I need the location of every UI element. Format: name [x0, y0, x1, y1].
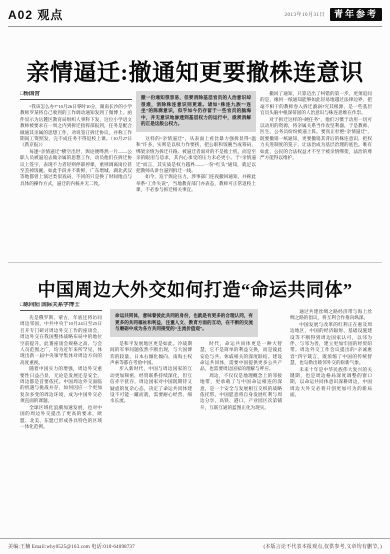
page-header: A02 观点 2013年10月31日 青年参考 — [8, 6, 382, 27]
article2-body: □陈向阳 国际关系学博士 先是俄罗斯、蒙古，年底还将访问周边邻国，中共中央于10… — [20, 302, 372, 524]
article2-col2-text: 是和平发展地区更是如此。冷战期间的军事问题依然不断出现，与大国博弈的较量、日本右… — [110, 341, 192, 411]
article2-col3-text: 时代，命运共同体更是一种大智慧，它不是简单的利益交换，而是彼此安危与共、休戚相关… — [200, 341, 282, 411]
article2-column-1: □陈向阳 国际关系学博士 先是俄罗斯、蒙古，年底还将访问周边邻国，中共中央于10… — [20, 302, 102, 524]
article1-col1-text: “我该怎么办?”10月26日零时10分，湖南长沙的小学教师罗某将自己收到的工作调… — [20, 104, 132, 187]
article2-middle-columns: 命运共同体，意味着彼此共同的身份，也就是有更多的合理认同，有更多的共同福祉和利益… — [110, 302, 282, 524]
page-number: A02 — [8, 8, 33, 22]
article2-pull-quote: 命运共同体，意味着彼此共同的身份，也就是有更多的合理认同，有更多的共同福祉和利益… — [110, 309, 258, 337]
issue-date: 2013年10月31日 — [284, 11, 325, 18]
article2-headline: 中国周边大外交如何打造“命运共同体” — [0, 276, 390, 302]
section-name: 观点 — [37, 8, 63, 22]
footer-disclaimer: (本版言论不代表本报观点,仅供参考,文章均有删节。) — [263, 543, 382, 550]
byline-rule — [20, 310, 102, 311]
article1-body: □杨国营 “我该怎么办?”10月26日零时10分，湖南长沙的小学教师罗某将自己收… — [20, 91, 372, 249]
article1-column-3: 撤回了通知，只算迈出了纠错的第一步。更须追问的是，缘何一纸通知能够如此轻易地越过… — [260, 91, 372, 249]
article2-byline: □陈向阳 国际关系学博士 — [20, 302, 102, 309]
article1-column-2: 撤一份通知很容易，但要消除基层官员的人治意识却很难，消除株连意识则更难。诸如“株… — [136, 91, 256, 249]
article1-col3-text: 撤回了通知，只算迈出了纠错的第一步。更须追问的是，缘何一纸通知能够如此轻易地越过… — [260, 91, 372, 161]
article1-byline: □杨国营 — [20, 91, 132, 98]
article-divider — [8, 262, 382, 263]
article1-headline: 亲情逼迁:撤通知更要撤株连意识 — [0, 54, 390, 87]
article1-pull-quote: 撤一份通知很容易，但要消除基层官员的人治意识却很难，消除株连意识则更难。诸如“株… — [136, 91, 256, 132]
byline-rule — [20, 99, 132, 100]
article1-column-1: □杨国营 “我该怎么办?”10月26日零时10分，湖南长沙的小学教师罗某将自己收… — [20, 91, 132, 249]
article1-col2-text: 这样的“亲情逼迁”，从表面上看比暴力强拆显得“温和”许多，实则是以权力作要挟，把… — [136, 136, 256, 194]
page-footer: 美编:王楠 Email:why0525@163.com 电话:010-64098… — [0, 538, 390, 550]
article2-column-4: 通过共建丝绸之路经济带与海上丝绸之路的倡议，将互利合作推向纵深。中国发展与改革的… — [290, 302, 372, 524]
header-right: 2013年10月31日 青年参考 — [284, 8, 382, 21]
article2-mid-col-row: 是和平发展地区更是如此。冷战期间的军事问题依然不断出现，与大国博弈的较量、日本右… — [110, 341, 282, 411]
article2-col1-text: 先是俄罗斯、蒙古，年底还将访问周边邻国，中共中央于10月24日至25日召开专门研… — [20, 315, 102, 430]
section-label: A02 观点 — [8, 6, 63, 23]
masthead-logo: 青年参考 — [330, 8, 382, 21]
newspaper-page: A02 观点 2013年10月31日 青年参考 亲情逼迁:撤通知更要撤株连意识 … — [0, 0, 390, 554]
article2-col4-text: 通过共建丝绸之路经济带与海上丝绸之路的倡议，将互利合作推向纵深。中国发展与改革的… — [290, 309, 372, 399]
footer-contact: 美编:王楠 Email:why0525@163.com 电话:010-64098… — [8, 543, 135, 550]
